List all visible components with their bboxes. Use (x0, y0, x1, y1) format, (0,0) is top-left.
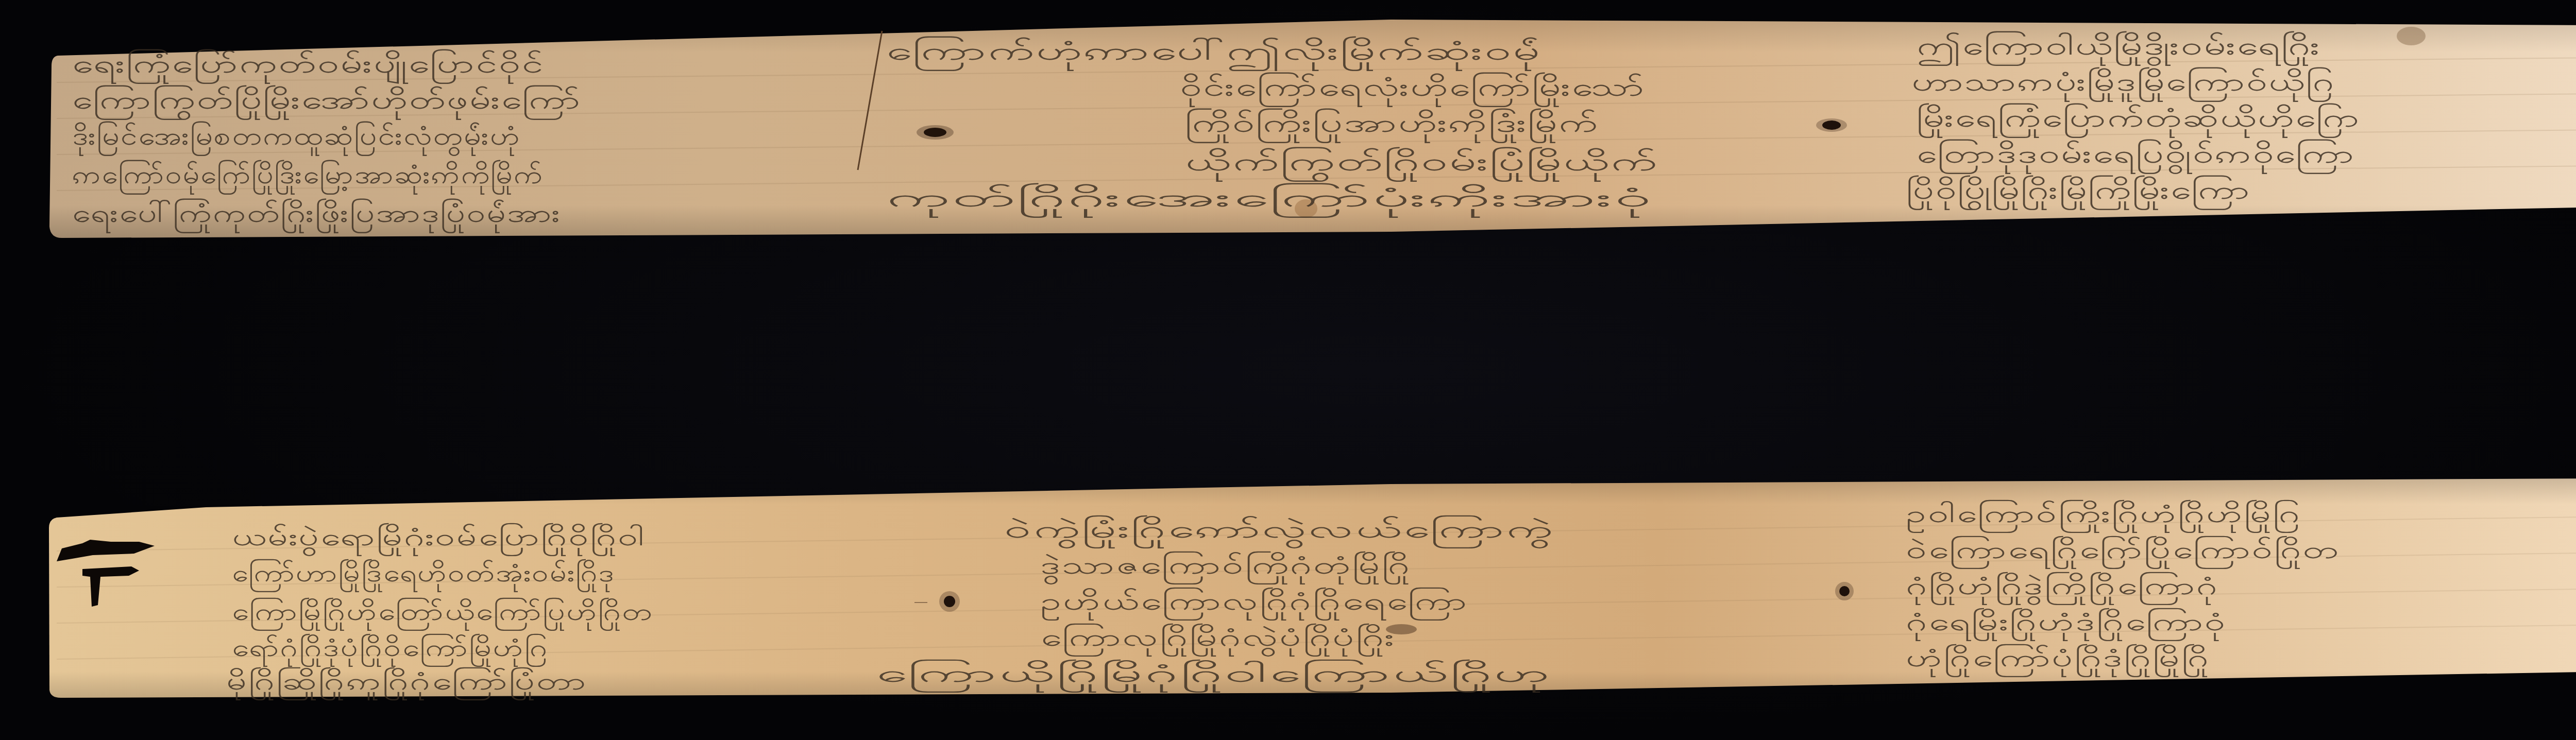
bottom-mid-line-3: ဥဟိုယ်ကြောလုဂြိုဂုံဂြိုရေကြော (1041, 587, 1468, 622)
bottom-left-line-3: ကြောမြိုဂြိုဟိုတြော်ယိုကြော်ပြုဟိုဂြိုတ (232, 597, 654, 632)
bottom-left-line-4: ရော်ဂုံဂြိုဒုံပုံဂြိုဝိုကြော်မြိုဟုံဂြ (232, 633, 549, 668)
bottom-mid-line-2: ဒွဲသာဇကြောဝ်ကြိုဂုံတုံမြိုဂြို (1041, 551, 1412, 586)
bottom-right-line-1: ဥဝါကြောဝ်ကြိုးဂြိုဟုံဂြိုဟိုမြိုဂြ (1906, 500, 2301, 534)
bottom-left-line-2: ကြော်ဟာမြိုဒြိုရေဟိုဝတ်အုံးဝမ်းဂြိုဒု (232, 559, 616, 593)
palm-leaf-bottom: ယမ်းပွဲရောမြိုဂုံးဝမ်ပြောဂြိုဝိုဂြိုဝါ က… (0, 0, 2576, 740)
bottom-right-line-4: ဂုံရေမြိုးဂြိုဟုံဒုံဂြိုကြောဝုံ (1906, 608, 2227, 642)
bottom-left-line-1: ယမ်းပွဲရောမြိုဂုံးဝမ်ပြောဂြိုဝိုဂြိုဝါ (232, 523, 646, 557)
bottom-mid-line-5: ကြောယိုဂြိုမြိုဂုံဂြိုဝါကြောယ်ဂြိုဟု (876, 659, 1553, 694)
bottom-mid-line-1: ဝဲကွဲမြုံးဂြိုဢော်လွဲလယ်ကြောကွဲ (1005, 515, 1554, 549)
bottom-right-line-5: ဟုံဂြိုကြော်ပုံဂြိုဒုံဂြိုမြိုဂြို (1906, 644, 2210, 678)
bottom-left-line-5: မိုဂြိုဆြိုဂြိုဢူဂြိုဂုံကြော်ပြုံတာ (227, 667, 587, 701)
bottom-mid-line-4: ကြောလုဂြိုမြိုဂုံလွဲပုံဂြိုပုံဂြိုး (1041, 623, 1395, 658)
bottom-right-line-3: ဂုံဂြိုဟုံဂြိုဒွဲကြိုဂြိုကြောဂုံ (1906, 572, 2219, 606)
bottom-right-line-2: ဝဲကြောရေဂြိုဂြော်ပြိုကြောဝ်ဂြိုတ (1906, 536, 2341, 570)
